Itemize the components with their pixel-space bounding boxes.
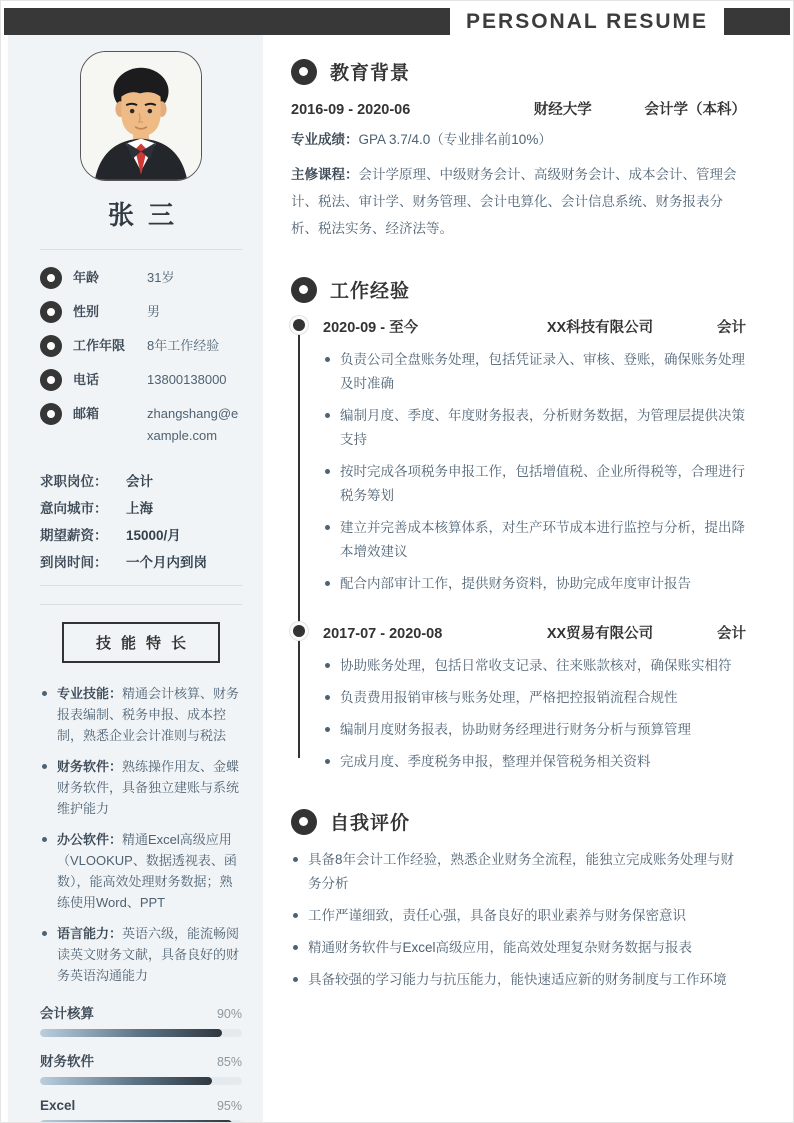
info-row-age: 年龄 31岁	[40, 267, 242, 289]
bullet-dot-icon	[42, 837, 47, 842]
skill-label: 专业技能：	[57, 686, 122, 701]
timeline-dot-icon	[293, 319, 305, 331]
progress-track	[40, 1029, 242, 1037]
courses-text: 会计学原理、中级财务会计、高级财务会计、成本会计、管理会计、税法、审计学、财务管…	[291, 167, 737, 236]
work-period: 2017-07 - 2020-08	[323, 626, 483, 642]
info-value: 13800138000	[147, 369, 242, 391]
intent-value: 15000/月	[126, 527, 181, 544]
skill-bars: 会计核算 90% 财务软件 85% Excel 95%	[40, 1002, 242, 1123]
work-bullet: 协助账务处理，包括日常收支记录、往来账款核对，确保账实相符	[323, 654, 746, 678]
profile-photo	[80, 51, 202, 181]
evaluation-bullet: 工作严谨细致，责任心强，具备良好的职业素养与财务保密意识	[291, 904, 746, 928]
skill-item-office-software: 办公软件：精通Excel高级应用（VLOOKUP、数据透视表、函数），能高效处理…	[40, 829, 242, 913]
info-value: 8年工作经验	[147, 335, 242, 357]
evaluation-bullet: 具备8年会计工作经验，熟悉企业财务全流程，能独立完成账务处理与财务分析	[291, 848, 746, 896]
top-band-left-bar	[4, 8, 450, 35]
intent-label: 到岗时间：	[40, 554, 126, 571]
candidate-name: 张三	[40, 195, 242, 232]
bullet-donut-icon	[40, 267, 62, 289]
bullet-dot-icon	[42, 764, 47, 769]
job-intent-list: 求职岗位： 会计 意向城市： 上海 期望薪资： 15000/月 到岗时间： 一个…	[40, 473, 242, 571]
work-role: 会计	[717, 316, 746, 337]
portrait-illustration	[81, 52, 201, 180]
progress-track	[40, 1077, 242, 1085]
section-donut-icon	[291, 809, 317, 835]
skill-bar-percent: 90%	[217, 1007, 242, 1021]
courses-label: 主修课程：	[291, 167, 359, 182]
skill-bar-percent: 95%	[217, 1099, 242, 1113]
intent-row-city: 意向城市： 上海	[40, 500, 242, 517]
bullet-donut-icon	[40, 335, 62, 357]
intent-label: 期望薪资：	[40, 527, 126, 544]
bullet-dot-icon	[293, 857, 298, 862]
intent-value: 会计	[126, 473, 153, 490]
sidebar: 张三 年龄 31岁 性别 男 工作年限 8年工作经验 电话 1380013800…	[8, 35, 263, 1123]
skill-bar-label: Excel	[40, 1098, 75, 1113]
work-timeline: 2020-09 - 至今 XX科技有限公司 会计 负责公司全盘账务处理，包括凭证…	[293, 316, 746, 774]
intent-value: 一个月内到岗	[126, 554, 207, 571]
evaluation-bullet: 精通财务软件与Excel高级应用，能高效处理复杂财务数据与报表	[291, 936, 746, 960]
bullet-dot-icon	[325, 357, 330, 362]
work-bullet: 配合内部审计工作，提供财务资料，协助完成年度审计报告	[323, 572, 746, 596]
skill-item-professional: 专业技能：精通会计核算、财务报表编制、税务申报、成本控制，熟悉企业会计准则与税法	[40, 683, 242, 746]
skill-bar-excel: Excel 95%	[40, 1098, 242, 1123]
section-self-evaluation: 自我评价 具备8年会计工作经验，熟悉企业财务全流程，能独立完成账务处理与财务分析…	[291, 808, 746, 992]
info-value: 男	[147, 301, 242, 323]
top-band-right-bar	[724, 8, 790, 35]
top-band: PERSONAL RESUME	[4, 8, 790, 35]
section-donut-icon	[291, 59, 317, 85]
section-title: 教育背景	[330, 58, 410, 85]
section-donut-icon	[291, 277, 317, 303]
work-bullet: 负责费用报销审核与账务处理，严格把控报销流程合规性	[323, 686, 746, 710]
divider	[40, 249, 242, 250]
bullet-dot-icon	[325, 525, 330, 530]
bullet-dot-icon	[293, 913, 298, 918]
intent-row-availability: 到岗时间： 一个月内到岗	[40, 554, 242, 571]
bullet-dot-icon	[325, 695, 330, 700]
education-school: 财经大学	[481, 98, 645, 119]
work-entry-1: 2020-09 - 至今 XX科技有限公司 会计 负责公司全盘账务处理，包括凭证…	[293, 316, 746, 596]
section-title: 自我评价	[330, 808, 410, 835]
education-major: 会计学（本科）	[645, 98, 747, 119]
skill-bar-percent: 85%	[217, 1055, 242, 1069]
contact-info-list: 年龄 31岁 性别 男 工作年限 8年工作经验 电话 13800138000 邮…	[40, 267, 242, 447]
progress-fill	[40, 1077, 212, 1085]
info-value: zhangshang@example.com	[147, 403, 242, 447]
work-bullet: 完成月度、季度税务申报，整理并保管税务相关资料	[323, 750, 746, 774]
intent-row-position: 求职岗位： 会计	[40, 473, 242, 490]
bullet-dot-icon	[293, 977, 298, 982]
work-company: XX科技有限公司	[483, 316, 717, 337]
info-row-gender: 性别 男	[40, 301, 242, 323]
education-gpa-line: 专业成绩：GPA 3.7/4.0（专业排名前10%）	[291, 128, 746, 152]
timeline-dot-icon	[293, 625, 305, 637]
skills-section-title: 技能特长	[62, 622, 220, 663]
info-value: 31岁	[147, 267, 242, 289]
skill-label: 办公软件：	[57, 832, 122, 847]
bullet-dot-icon	[42, 931, 47, 936]
education-courses: 主修课程：会计学原理、中级财务会计、高级财务会计、成本会计、管理会计、税法、审计…	[291, 161, 746, 242]
work-company: XX贸易有限公司	[483, 622, 717, 643]
section-work-experience: 工作经验 2020-09 - 至今 XX科技有限公司 会计 负责公司全盘账务处理…	[291, 276, 746, 774]
intent-value: 上海	[126, 500, 153, 517]
skill-bar-label: 会计核算	[40, 1002, 94, 1022]
divider	[40, 585, 242, 586]
info-label: 工作年限	[73, 335, 147, 357]
bullet-dot-icon	[325, 759, 330, 764]
intent-row-salary: 期望薪资： 15000/月	[40, 527, 242, 544]
info-label: 电话	[73, 369, 147, 391]
main-content: 教育背景 2016-09 - 2020-06 财经大学 会计学（本科） 专业成绩…	[263, 35, 790, 1123]
page-title: PERSONAL RESUME	[450, 8, 724, 35]
info-label: 年龄	[73, 267, 147, 289]
skill-label: 语言能力：	[57, 926, 122, 941]
work-bullet: 按时完成各项税务申报工作，包括增值税、企业所得税等，合理进行税务筹划	[323, 460, 746, 508]
gpa-value: GPA 3.7/4.0（专业排名前10%）	[359, 132, 552, 147]
skill-label: 财务软件：	[57, 759, 122, 774]
education-header-row: 2016-09 - 2020-06 财经大学 会计学（本科）	[291, 98, 746, 119]
work-bullet: 负责公司全盘账务处理，包括凭证录入、审核、登账，确保账务处理及时准确	[323, 348, 746, 396]
info-label: 邮箱	[73, 403, 147, 425]
bullet-dot-icon	[325, 469, 330, 474]
info-row-experience-years: 工作年限 8年工作经验	[40, 335, 242, 357]
skill-bar-finance-software: 财务软件 85%	[40, 1050, 242, 1085]
skill-bar-accounting: 会计核算 90%	[40, 1002, 242, 1037]
bullet-dot-icon	[293, 945, 298, 950]
work-entry-2: 2017-07 - 2020-08 XX贸易有限公司 会计 协助账务处理，包括日…	[293, 622, 746, 774]
work-period: 2020-09 - 至今	[323, 316, 483, 337]
info-label: 性别	[73, 301, 147, 323]
info-row-email: 邮箱 zhangshang@example.com	[40, 403, 242, 447]
bullet-donut-icon	[40, 403, 62, 425]
intent-label: 意向城市：	[40, 500, 126, 517]
section-education: 教育背景 2016-09 - 2020-06 财经大学 会计学（本科） 专业成绩…	[291, 58, 746, 242]
bullet-dot-icon	[42, 691, 47, 696]
bullet-donut-icon	[40, 301, 62, 323]
progress-fill	[40, 1029, 222, 1037]
skill-item-language: 语言能力：英语六级，能流畅阅读英文财务文献，具备良好的财务英语沟通能力	[40, 923, 242, 986]
gpa-label: 专业成绩：	[291, 132, 359, 147]
work-bullet: 建立并完善成本核算体系，对生产环节成本进行监控与分析，提出降本增效建议	[323, 516, 746, 564]
bullet-dot-icon	[325, 663, 330, 668]
work-bullet: 编制月度、季度、年度财务报表，分析财务数据，为管理层提供决策支持	[323, 404, 746, 452]
skill-bar-label: 财务软件	[40, 1050, 94, 1070]
work-bullet: 编制月度财务报表，协助财务经理进行财务分析与预算管理	[323, 718, 746, 742]
bullet-donut-icon	[40, 369, 62, 391]
skill-item-finance-software: 财务软件：熟练操作用友、金蝶财务软件，具备独立建账与系统维护能力	[40, 756, 242, 819]
bullet-dot-icon	[325, 413, 330, 418]
bullet-dot-icon	[325, 581, 330, 586]
divider	[40, 604, 242, 605]
education-period: 2016-09 - 2020-06	[291, 102, 481, 118]
skills-list: 专业技能：精通会计核算、财务报表编制、税务申报、成本控制，熟悉企业会计准则与税法…	[40, 683, 242, 986]
intent-label: 求职岗位：	[40, 473, 126, 490]
evaluation-list: 具备8年会计工作经验，熟悉企业财务全流程，能独立完成账务处理与财务分析 工作严谨…	[291, 848, 746, 992]
work-role: 会计	[717, 622, 746, 643]
evaluation-bullet: 具备较强的学习能力与抗压能力，能快速适应新的财务制度与工作环境	[291, 968, 746, 992]
bullet-dot-icon	[325, 727, 330, 732]
section-title: 工作经验	[330, 276, 410, 303]
info-row-phone: 电话 13800138000	[40, 369, 242, 391]
